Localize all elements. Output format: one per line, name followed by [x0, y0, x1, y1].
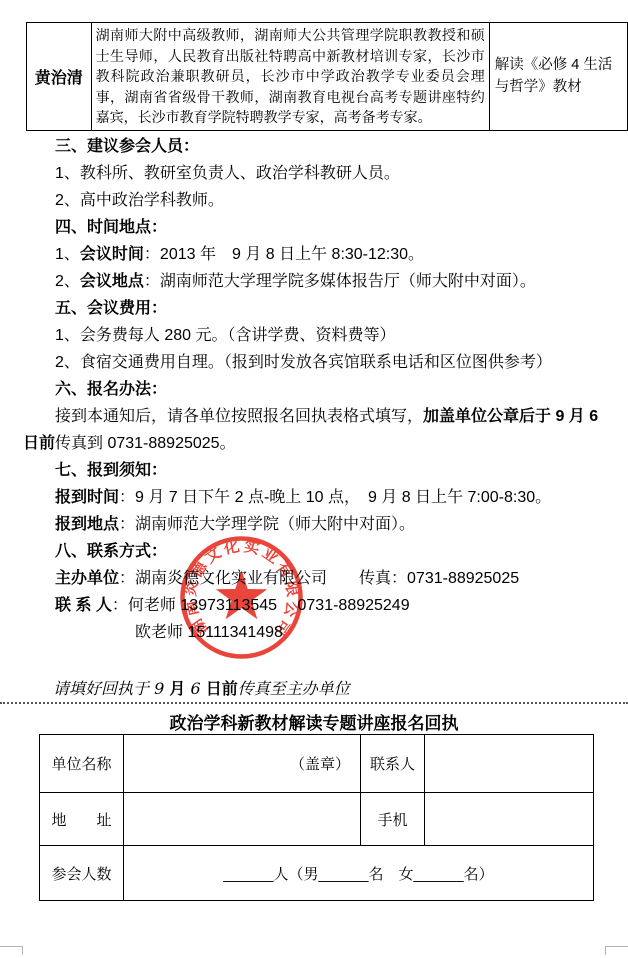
speaker-name-cell: 黄治清: [27, 23, 92, 131]
organizer-line: 主办单位：湖南炎德文化实业有限公司 传真：0731-88925025: [23, 565, 608, 592]
contact-field[interactable]: [425, 735, 594, 793]
text-segment: 三、建议参会人员：: [55, 138, 199, 155]
text-segment: 四、时间地点：: [55, 219, 167, 236]
page-margin-mark-left: [0, 946, 23, 955]
reply-slip-title: 政治学科新教材解读专题讲座报名回执: [0, 709, 628, 734]
list-item: 报到时间：9 月 7 日下午 2 点-晚上 10 点， 9 月 8 日上午 7:…: [23, 484, 608, 511]
contact-line-2: 欧老师 15111341498: [23, 619, 608, 646]
stamp-note: （盖章）: [290, 756, 350, 773]
text-segment: 1、: [55, 246, 80, 263]
text-segment: 6: [185, 679, 205, 698]
text-segment: 1、教科所、教研室负责人、政治学科教研人员。: [55, 165, 400, 182]
contact-label: 联系人: [361, 735, 425, 793]
text-segment: 请填好回执于 9: [53, 679, 169, 698]
text-segment: ：2013 年 9 月 8 日上午 8:30-12:30。: [144, 246, 424, 263]
text-segment: 主办单位: [55, 570, 119, 587]
mobile-field[interactable]: [425, 793, 594, 846]
speaker-table: 黄治清 湖南师大附中高级教师，湖南师大公共管理学院职教教授和硕士生导师，人民教育…: [26, 22, 628, 131]
table-row: 黄治清 湖南师大附中高级教师，湖南师大公共管理学院职教教授和硕士生导师，人民教育…: [27, 23, 628, 131]
address-label: 地 址: [40, 793, 124, 846]
document-page: 黄治清 湖南师大附中高级教师，湖南师大公共管理学院职教教授和硕士生导师，人民教育…: [0, 0, 628, 958]
text-segment: 1、会务费每人 280 元。（含讲学费、资料费等）: [55, 327, 396, 344]
section-heading: 六、报名办法：: [23, 376, 608, 403]
text-segment: ：9 月 7 日下午 2 点-晚上 10 点， 9 月 8 日上午 7:00-8…: [119, 489, 551, 506]
list-item: 2、高中政治学科教师。: [23, 187, 608, 214]
attendee-count-label: 参会人数: [40, 846, 124, 901]
table-row: 参会人数 ______人（男______名 女______名）: [40, 846, 594, 901]
section-heading: 五、会议费用：: [23, 295, 608, 322]
text-segment: 八、联系方式：: [55, 543, 167, 560]
company-seal-stamp-icon: 湖南炎德文化实业有限公司: [178, 534, 305, 661]
list-item: 报到地点：湖南师范大学理学院（师大附中对面）。: [23, 511, 608, 538]
text-segment: 2、食宿交通费用自理。（报到时发放各宾馆联系电话和区位图供参考）: [55, 354, 552, 371]
text-segment: 传真至主办单位: [238, 679, 350, 698]
text-segment: 报到地点: [55, 516, 119, 533]
text-segment: 接到本通知后，请各单位按照报名回执表格式填写，: [55, 408, 423, 425]
address-field[interactable]: [124, 793, 361, 846]
section-heading: 四、时间地点：: [23, 214, 608, 241]
text-segment: 七、报到须知：: [55, 462, 167, 479]
text-segment: 传真到 0731-88925025。: [55, 435, 236, 452]
reply-slip-table: 单位名称 （盖章） 联系人 地 址 手机 参会人数 ______人（男_____…: [39, 734, 594, 901]
list-item: 2、会议地点：湖南师范大学理学院多媒体报告厅（师大附中对面）。: [23, 268, 608, 295]
attendee-count-field[interactable]: ______人（男______名 女______名）: [124, 846, 594, 901]
unit-name-label: 单位名称: [40, 735, 124, 793]
mobile-label: 手机: [361, 793, 425, 846]
text-segment: 六、报名办法：: [55, 381, 167, 398]
text-segment: ：湖南师范大学理学院多媒体报告厅（师大附中对面）。: [144, 273, 536, 290]
section-heading: 八、联系方式：: [23, 538, 608, 565]
section-heading: 七、报到须知：: [23, 457, 608, 484]
section-heading: 三、建议参会人员：: [23, 133, 608, 160]
speaker-bio-cell: 湖南师大附中高级教师，湖南师大公共管理学院职教教授和硕士生导师，人民教育出版社特…: [91, 23, 489, 131]
text-segment: 联 系 人: [55, 597, 112, 614]
list-item: 1、教科所、教研室负责人、政治学科教研人员。: [23, 160, 608, 187]
dotted-cut-line: [0, 702, 628, 704]
text-segment: 日前: [206, 681, 238, 698]
contact-line: 联 系 人：何老师 13973113545 0731-88925249: [23, 592, 608, 619]
text-segment: 会议地点: [80, 273, 144, 290]
text-segment: 2、: [55, 273, 80, 290]
list-item: 1、会务费每人 280 元。（含讲学费、资料费等）: [23, 322, 608, 349]
unit-name-field[interactable]: （盖章）: [124, 735, 361, 793]
speaker-topic-cell: 解读《必修 4 生活与哲学》教材: [489, 23, 627, 131]
table-row: 地 址 手机: [40, 793, 594, 846]
list-item: 1、会议时间：2013 年 9 月 8 日上午 8:30-12:30。: [23, 241, 608, 268]
list-item: 2、食宿交通费用自理。（报到时发放各宾馆联系电话和区位图供参考）: [23, 349, 608, 376]
text-segment: 2、高中政治学科教师。: [55, 192, 224, 209]
notice-body: 三、建议参会人员： 1、教科所、教研室负责人、政治学科教研人员。 2、高中政治学…: [23, 133, 608, 646]
registration-paragraph: 接到本通知后，请各单位按照报名回执表格式填写，加盖单位公章后于 9 月 6 日前…: [23, 403, 608, 457]
text-segment: 会议时间: [80, 246, 144, 263]
text-segment: 五、会议费用：: [55, 300, 167, 317]
table-row: 单位名称 （盖章） 联系人: [40, 735, 594, 793]
text-segment: 报到时间: [55, 489, 119, 506]
text-segment: ：湖南师范大学理学院（师大附中对面）。: [119, 516, 415, 533]
fax-back-note: 请填好回执于 9 月 6 日前传真至主办单位: [53, 678, 350, 701]
page-margin-mark-right: [605, 946, 628, 955]
text-segment: 月: [169, 681, 185, 698]
